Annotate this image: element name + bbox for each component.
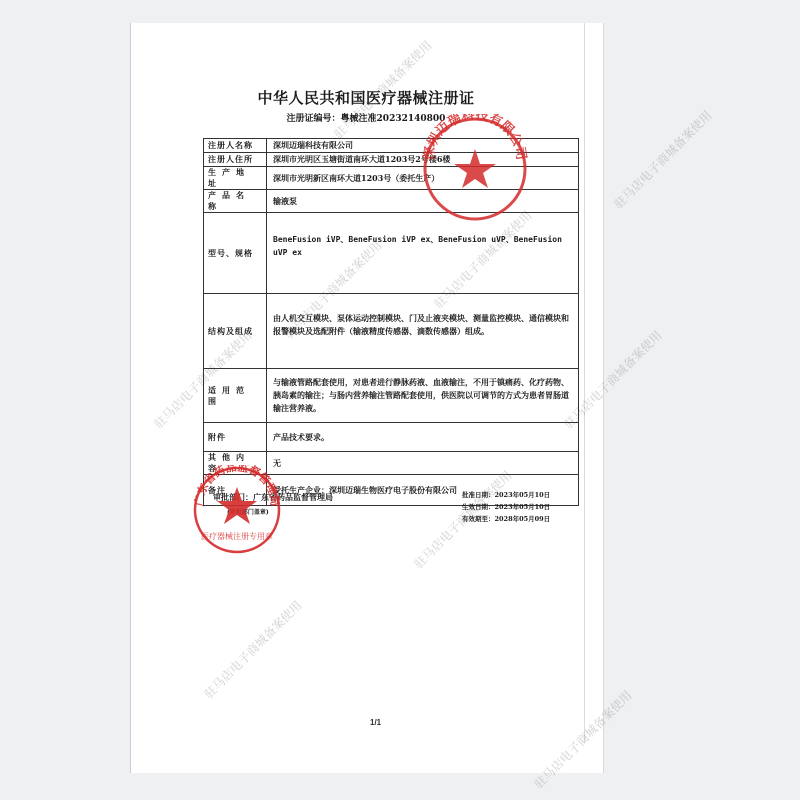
approval-date: 批准日期：2023年05月10日: [462, 489, 550, 501]
dates-block: 批准日期：2023年05月10日 生效日期：2023年05月10日 有效期至：2…: [462, 489, 550, 525]
row-value: BeneFusion iVP、BeneFusion iVP ex、BeneFus…: [267, 213, 579, 294]
table-row: 适用范围 与输液管路配套使用，对患者进行静脉药液、血液输注，不用于镇痛药、化疗药…: [204, 369, 579, 423]
row-label: 注册人名称: [204, 139, 267, 153]
row-value: 产品技术要求。: [267, 423, 579, 452]
row-label: 型号、规格: [204, 213, 267, 294]
certificate-table: 注册人名称 深圳迈瑞科技有限公司 注册人住所 深圳市光明区玉塘街道南环大道120…: [203, 138, 579, 506]
row-value: 深圳市光明区玉塘街道南环大道1203号2号楼6楼: [267, 153, 579, 167]
document-title: 中华人民共和国医疗器械注册证: [130, 87, 602, 108]
row-label: 产品名称: [204, 190, 267, 213]
row-label: 其他内容: [204, 452, 267, 475]
registration-number: 注册证编号：粤械注准20232140800: [130, 111, 602, 124]
approval-department: 审批部门：广东省药品监督管理局 (审批部门盖章): [213, 492, 333, 516]
table-row: 注册人名称 深圳迈瑞科技有限公司: [204, 139, 579, 153]
effective-date: 生效日期：2023年05月10日: [462, 501, 550, 513]
expiry-date: 有效期至：2028年05月09日: [462, 513, 550, 525]
watermark: 驻马店电子商城备案使用: [610, 107, 715, 212]
page-number: 1/1: [370, 718, 381, 727]
table-row: 结构及组成 由人机交互模块、泵体运动控制模块、门及止液夹模块、测量监控模块、通信…: [204, 294, 579, 369]
table-row: 注册人住所 深圳市光明区玉塘街道南环大道1203号2号楼6楼: [204, 153, 579, 167]
row-label: 注册人住所: [204, 153, 267, 167]
table-row: 其他内容 无: [204, 452, 579, 475]
table-row: 生产地址 深圳市光明新区南环大道1203号（委托生产）: [204, 167, 579, 190]
row-label: 结构及组成: [204, 294, 267, 369]
row-label: 附件: [204, 423, 267, 452]
row-value: 深圳市光明新区南环大道1203号（委托生产）: [267, 167, 579, 190]
table-row: 附件 产品技术要求。: [204, 423, 579, 452]
table-row: 产品名称 输液泵: [204, 190, 579, 213]
approval-seal-note: (审批部门盖章): [227, 507, 333, 516]
row-value: 无: [267, 452, 579, 475]
row-label: 生产地址: [204, 167, 267, 190]
page-edge-line: [584, 23, 585, 743]
row-value: 由人机交互模块、泵体运动控制模块、门及止液夹模块、测量监控模块、通信模块和报警模…: [267, 294, 579, 369]
row-value: 输液泵: [267, 190, 579, 213]
approval-dept-text: 审批部门：广东省药品监督管理局: [213, 492, 333, 503]
row-value: 深圳迈瑞科技有限公司: [267, 139, 579, 153]
row-value: 与输液管路配套使用，对患者进行静脉药液、血液输注，不用于镇痛药、化疗药物、胰岛素…: [267, 369, 579, 423]
table-row: 型号、规格 BeneFusion iVP、BeneFusion iVP ex、B…: [204, 213, 579, 294]
row-label: 适用范围: [204, 369, 267, 423]
